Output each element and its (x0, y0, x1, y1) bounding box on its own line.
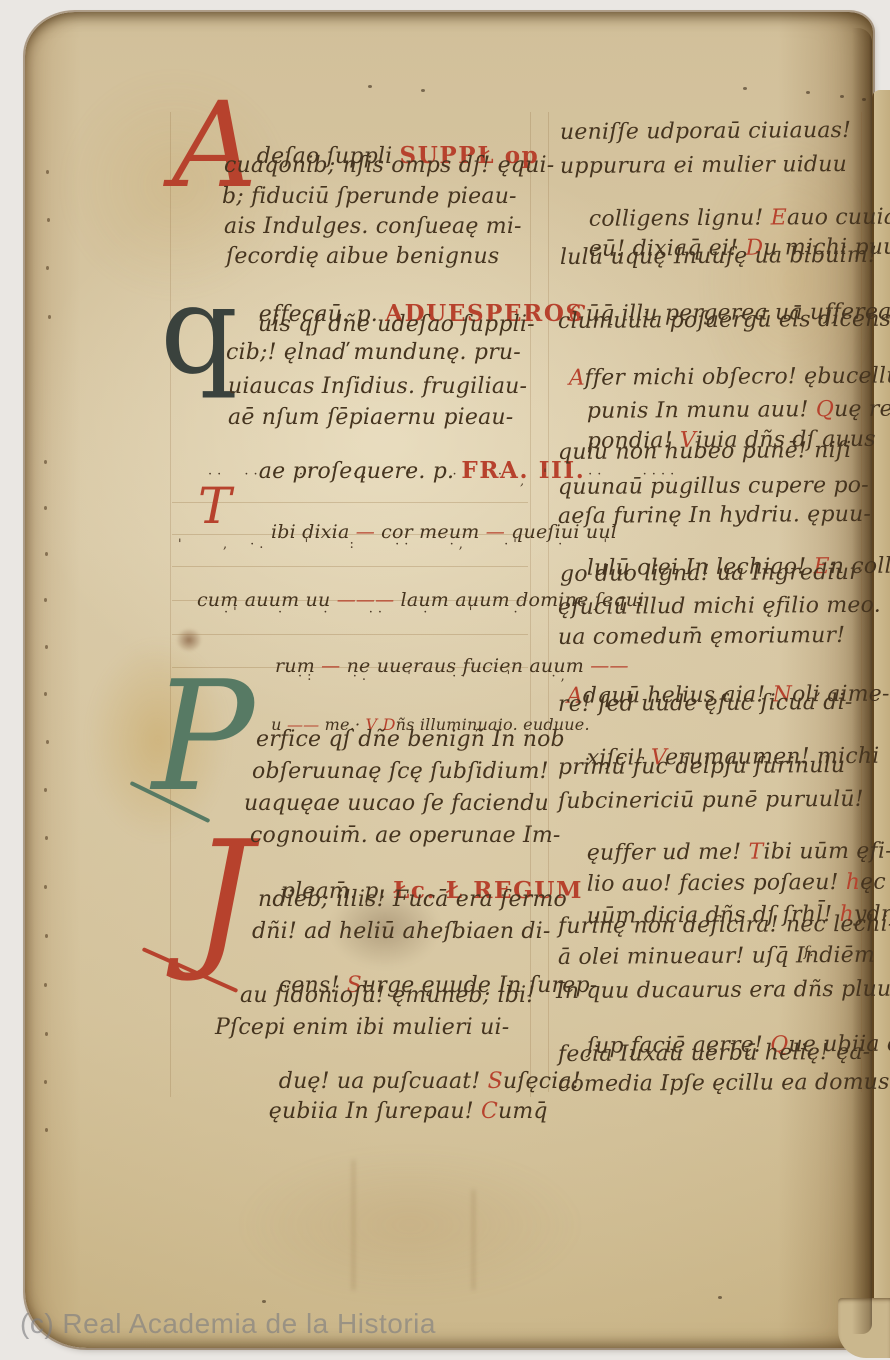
text-line: cognouim̄. ae operunae Im- (250, 825, 561, 847)
pricking-dot (44, 1080, 47, 1084)
text-line: uppurura ei mulier uiduu (560, 154, 847, 178)
text-line: ęubiia In ſurepau! Cumq̄ (240, 1079, 548, 1145)
text-line: erfice qſ dñe benigñ In nob (256, 729, 565, 751)
text-line: quiu non hubeo punē! niſi (558, 440, 852, 464)
margin-mark: ‚ (520, 474, 524, 488)
pricking-dot (44, 885, 47, 889)
margin-mark: ſ. (804, 944, 814, 960)
text-line: clumuuia poſaergū el̄s dicens. (558, 309, 890, 333)
text-line: ndieb; illis! Fucā era ſermo (258, 889, 567, 911)
text-run: umq̄ (498, 1099, 548, 1124)
pricking-dot (44, 983, 47, 987)
staff-line (172, 566, 528, 567)
speck (862, 98, 866, 101)
pricking-dot (45, 645, 48, 649)
text-line: ſubcinericiū punē puruulū! (558, 789, 864, 813)
speck (743, 87, 747, 90)
text-line: cuaqonib; nſis omps dſ! ęqui- (224, 155, 554, 177)
neume-line: ' ‚ ·. ' : ·· ·, ·' · ' (178, 538, 612, 551)
pricking-dot (46, 266, 49, 270)
text-line: Pſcepi enim ibi mulieri ui- (215, 1017, 509, 1039)
text-run: ęubiia In ſurepau! (269, 1099, 481, 1124)
text-line: re! ſed uude ęfuc ſicua di- (558, 692, 853, 716)
pricking-dot (46, 170, 49, 174)
speck (840, 95, 844, 98)
text-line: ueniſſe udporaū ciuiauas! (560, 120, 851, 144)
text-line: aē nſum ſēpiaernu pieau- (228, 407, 513, 429)
margin-mark: ‚ (816, 680, 821, 698)
text-line: fecia Iuxau uerbū helię! ęa- (558, 1042, 871, 1066)
text-line: quunaū pugillus cupere po- (558, 475, 869, 499)
pricking-dot (45, 836, 48, 840)
neume-line: ·' · · ·· · ' · ' (224, 606, 568, 619)
text-line: ſecordię aibue benignus (226, 246, 499, 268)
copyright-watermark: (c) Real Academia de la Historia (20, 1308, 436, 1340)
vertical-streak (352, 1160, 355, 1290)
text-line: dñi! ad heliū aheſbiaen di- (252, 921, 551, 943)
stain (240, 1150, 580, 1300)
text-line: lulū uquę Inuuſę ua bibuim! (560, 245, 877, 269)
red-capital: C (481, 1099, 498, 1124)
text-line: go duo ligna! ua Ingrediur (560, 562, 860, 586)
speck (718, 1296, 722, 1299)
vertical-streak (472, 1190, 475, 1290)
drop-cap-p: P (152, 676, 254, 798)
text-line: ais Indulges. conſueaę mi- (224, 216, 522, 238)
pricking-dot (44, 506, 47, 510)
staff-line (172, 634, 528, 635)
text-line: uiaucas Inſidius. frugiliau- (228, 376, 527, 398)
drop-cap-t: T (198, 486, 231, 526)
pricking-dot (47, 218, 50, 222)
text-line: ā olei minueaur! uſq̄ Indiēm (558, 945, 875, 969)
text-line: au ſidonioſū! ęmuneb; ibi! (240, 985, 535, 1007)
text-line: aeſa furinę In hydriu. ępuu- (558, 504, 871, 528)
pricking-dot (44, 788, 47, 792)
pricking-dot (44, 460, 47, 464)
text-line: cib;! ęlnaď mundunę. pru- (226, 342, 521, 364)
neume-line: ·: ·. ' ·· ' ·, (298, 670, 570, 683)
pricking-dot (45, 934, 48, 938)
pricking-dot (45, 1128, 48, 1132)
pricking-dot (46, 740, 49, 744)
speck (421, 89, 425, 92)
text-line: furinę non deficira! nec lechi- (558, 914, 890, 938)
text-line: uaquęae uucao ſe faciendu (244, 793, 549, 815)
text-line: In quu ducaurus era dñs pluuiū (556, 979, 890, 1003)
text-line: ęfuciū illud michi ęfilio meo. (558, 595, 881, 619)
pricking-dot (44, 598, 47, 602)
speck (806, 91, 810, 94)
pricking-dot (45, 1032, 48, 1036)
text-line: b; fiduciū ſperunde pieau- (222, 186, 517, 208)
text-line: comedia Ipſe ęcillu ea domus (558, 1072, 890, 1096)
pricking-dot (44, 692, 47, 696)
text-line: ua comedum̄ ęmoriumur! (558, 625, 845, 649)
drop-cap-i: J (192, 836, 253, 958)
speck (262, 1300, 266, 1303)
text-line: uis qſ dñe udeſao ſuppli- (258, 314, 535, 336)
manuscript-scan: A q T P J deſao ſuppli SUPPŁ op cuaqonib… (0, 0, 890, 1360)
pricking-dot (48, 315, 51, 319)
speck (368, 85, 372, 88)
text-line: obſeruunaę ſcę ſubſidium! (252, 761, 549, 783)
pricking-dot (45, 552, 48, 556)
text-line: primū fuc delpſu furinulu (558, 755, 845, 779)
